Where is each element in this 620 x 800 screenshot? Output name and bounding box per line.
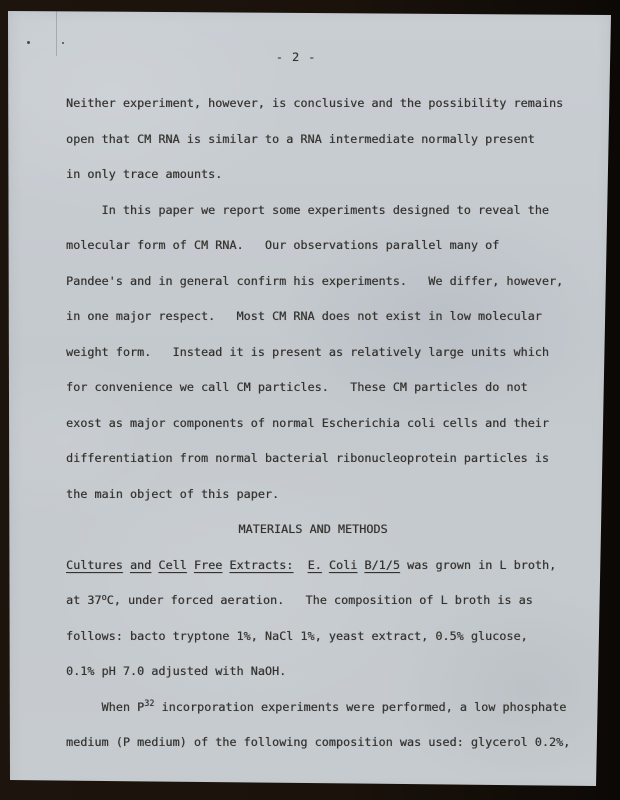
text-line: open that CM RNA is similar to a RNA int… bbox=[66, 122, 586, 158]
text-segment: When P bbox=[66, 700, 144, 714]
ink-speck bbox=[62, 42, 64, 44]
text-segment: incorporation experiments were performed… bbox=[154, 700, 566, 714]
text-line: Pandee's and in general confirm his expe… bbox=[66, 264, 586, 300]
text-segment: 0.1% pH 7.0 adjusted with NaOH. bbox=[66, 664, 286, 678]
text-line: Neither experiment, however, is conclusi… bbox=[66, 86, 586, 122]
text-line: In this paper we report some experiments… bbox=[66, 193, 586, 229]
page-number: - 2 - bbox=[66, 49, 578, 65]
text-segment bbox=[187, 558, 194, 572]
superscript: o bbox=[102, 593, 107, 603]
superscript: 32 bbox=[144, 699, 154, 709]
text-segment: the main object of this paper. bbox=[66, 487, 279, 501]
text-segment: for convenience we call CM particles. Th… bbox=[66, 380, 528, 394]
text-segment: exost as major components of normal Esch… bbox=[66, 416, 549, 430]
text-segment: was grown in L broth, bbox=[400, 558, 556, 572]
text-line: weight form. Instead it is present as re… bbox=[66, 335, 586, 371]
underlined-text: Extracts: bbox=[229, 558, 293, 572]
text-segment: open that CM RNA is similar to a RNA int… bbox=[66, 132, 535, 146]
text-segment: Neither experiment, however, is conclusi… bbox=[66, 96, 563, 110]
underlined-text: Coli bbox=[329, 558, 357, 572]
text-segment: C, under forced aeration. The compositio… bbox=[107, 593, 533, 607]
text-line: in one major respect. Most CM RNA does n… bbox=[66, 299, 586, 335]
text-line: follows: bacto tryptone 1%, NaCl 1%, yea… bbox=[66, 619, 586, 655]
text-line: differentiation from normal bacterial ri… bbox=[66, 441, 586, 477]
paper-seam bbox=[56, 10, 57, 56]
underlined-text: B/1/5 bbox=[364, 558, 400, 572]
underlined-text: and bbox=[130, 558, 151, 572]
ink-speck bbox=[27, 41, 30, 44]
underlined-text: Cultures bbox=[66, 558, 123, 572]
text-segment: Pandee's and in general confirm his expe… bbox=[66, 274, 563, 288]
body-text: Neither experiment, however, is conclusi… bbox=[66, 86, 586, 761]
text-line: exost as major components of normal Esch… bbox=[66, 406, 586, 442]
text-segment: MATERIALS AND METHODS bbox=[238, 522, 387, 536]
text-line: at 37oC, under forced aeration. The comp… bbox=[66, 583, 586, 619]
underlined-text: Cell bbox=[158, 558, 186, 572]
text-segment bbox=[293, 558, 307, 572]
text-line: in only trace amounts. bbox=[66, 157, 586, 193]
underlined-text: Free bbox=[194, 558, 222, 572]
text-line: Cultures and Cell Free Extracts: E. Coli… bbox=[66, 548, 586, 584]
text-segment: in one major respect. Most CM RNA does n… bbox=[66, 309, 542, 323]
section-heading: MATERIALS AND METHODS bbox=[66, 512, 586, 548]
document-page: - 2 - Neither experiment, however, is co… bbox=[0, 0, 620, 800]
text-segment: molecular form of CM RNA. Our observatio… bbox=[66, 238, 499, 252]
text-segment: at 37 bbox=[66, 593, 102, 607]
text-line: medium (P medium) of the following compo… bbox=[66, 725, 586, 761]
text-segment: in only trace amounts. bbox=[66, 167, 222, 181]
text-segment: differentiation from normal bacterial ri… bbox=[66, 451, 549, 465]
scan-surface: - 2 - Neither experiment, however, is co… bbox=[0, 0, 620, 800]
text-line: molecular form of CM RNA. Our observatio… bbox=[66, 228, 586, 264]
text-line: When P32 incorporation experiments were … bbox=[66, 690, 586, 726]
text-segment: medium (P medium) of the following compo… bbox=[66, 735, 570, 749]
text-segment bbox=[123, 558, 130, 572]
text-line: 0.1% pH 7.0 adjusted with NaOH. bbox=[66, 654, 586, 690]
text-segment: follows: bacto tryptone 1%, NaCl 1%, yea… bbox=[66, 629, 528, 643]
text-segment: weight form. Instead it is present as re… bbox=[66, 345, 549, 359]
text-line: for convenience we call CM particles. Th… bbox=[66, 370, 586, 406]
underlined-text: E. bbox=[308, 558, 322, 572]
text-segment bbox=[322, 558, 329, 572]
text-line: the main object of this paper. bbox=[66, 477, 586, 513]
text-segment: In this paper we report some experiments… bbox=[66, 203, 549, 217]
